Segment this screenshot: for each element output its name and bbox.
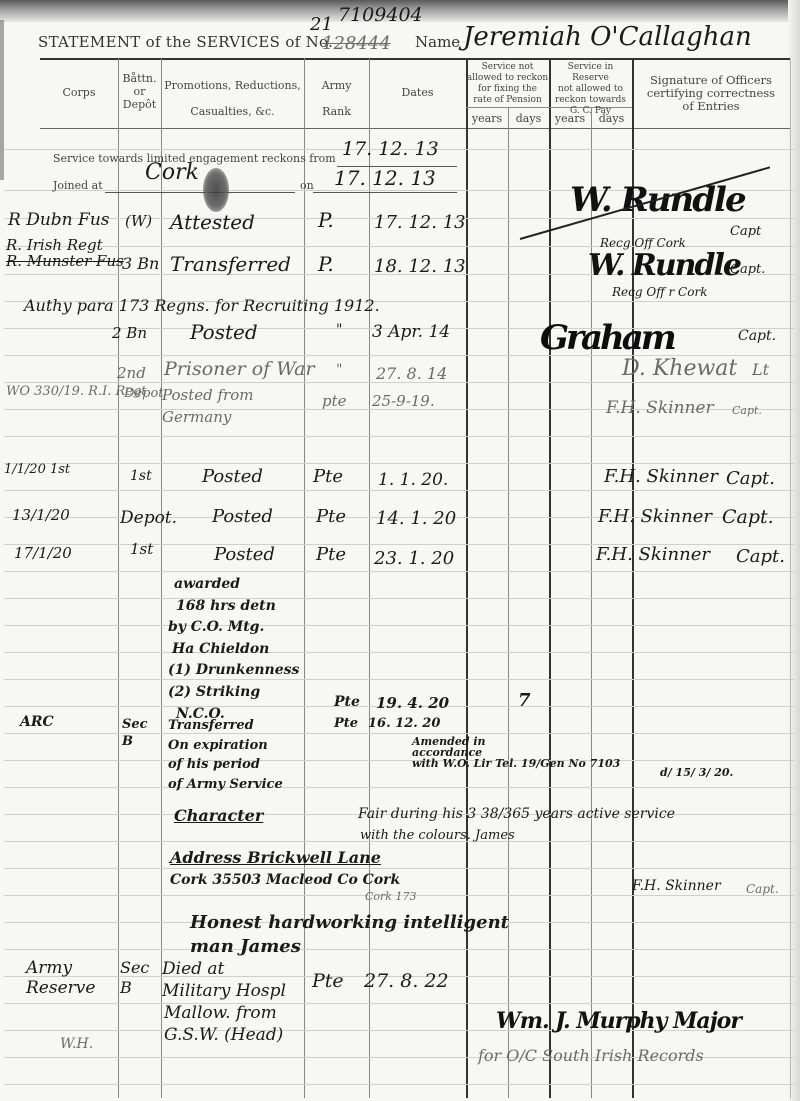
address-sub: Cork 173	[365, 890, 416, 903]
header-battn-line: Depôt	[118, 98, 161, 111]
header-rank-line: Rank	[304, 99, 369, 125]
ink-thumbprint	[203, 168, 229, 212]
entry-battn: Sec B	[122, 716, 156, 750]
ruled-line	[4, 571, 794, 572]
header-promotions: Promotions, Reductions, Casualties, &c.	[161, 73, 304, 125]
entry-battn: Depot.	[120, 508, 177, 528]
entry-battn: (W)	[125, 212, 152, 230]
entry-date: 16. 12. 20	[368, 716, 440, 731]
entry-battn: 3 Bn	[122, 254, 159, 273]
ruled-line	[4, 1084, 794, 1085]
header-army-rank: Army Rank	[304, 73, 369, 125]
officer-signature: F.H. Skinner	[596, 544, 710, 565]
officer-title: for O/C South Irish Records	[478, 1046, 704, 1065]
entry-date: 19. 4. 20	[376, 694, 449, 712]
header-pension-days: days	[508, 112, 549, 125]
entry-battn: Depot	[124, 386, 164, 401]
authority-note: Authy para 173 Regns. for Recruiting 191…	[24, 296, 380, 315]
entry-corps-struck: R. Munster Fus	[6, 252, 124, 270]
officer-title: Capt.	[732, 404, 762, 417]
entry-event-line: Transferred	[168, 716, 283, 736]
officer-title: Capt.	[746, 882, 779, 896]
entry-corps: R Dubn Fus	[8, 210, 110, 230]
entry-date: 27. 8. 22	[364, 970, 449, 992]
ruled-line	[4, 679, 794, 680]
officer-title: Capt.	[738, 328, 776, 344]
header-pension-years: years	[466, 112, 508, 125]
header-promotions-line: Casualties, &c.	[161, 99, 304, 125]
entry-battn: 2 Bn	[112, 324, 147, 342]
entry-event-line: of Army Service	[168, 775, 283, 795]
header-promotions-line: Promotions, Reductions,	[161, 73, 304, 99]
header-bottom-rule	[40, 128, 790, 129]
header-reserve-line: not allowed to	[549, 84, 632, 95]
entry-date: 1. 1. 20.	[378, 470, 448, 490]
joined-on-label: on	[300, 179, 314, 192]
header-pension-line: allowed to reckon	[466, 73, 549, 84]
entry-event-line: (1) Drunkenness	[168, 660, 299, 682]
name-label: Name	[415, 33, 460, 51]
entry-event: Attested	[170, 210, 255, 234]
entry-event: Prisoner of War	[164, 358, 315, 380]
header-corps: Corps	[40, 86, 118, 99]
entry-corps: 17/1/20	[14, 544, 72, 562]
entry-rank: Pte	[316, 544, 346, 565]
entry-event-line: by C.O. Mtg.	[168, 617, 299, 639]
entry-date: 17. 12. 13	[374, 212, 466, 233]
entry-date: 18. 12. 13	[374, 256, 466, 277]
header-pension-line: rate of Pension	[466, 95, 549, 106]
joined-place: Cork	[145, 160, 199, 185]
ruled-line	[4, 760, 794, 761]
remark-line: Honest hardworking intelligent	[190, 912, 509, 933]
entry-date: 27. 8. 14	[376, 364, 447, 383]
entry-event-line: Died at	[162, 958, 286, 980]
remark-line: man James	[190, 936, 301, 957]
amendment-note-line: with W.O. Lir Tel. 19/Gen No 7103	[412, 758, 620, 769]
entry-event-line: awarded	[174, 574, 299, 596]
header-battn: Båttn. or Depôt	[118, 72, 161, 111]
service-number-new: 7109404	[338, 4, 423, 26]
officer-note: Recg Off r Cork	[612, 285, 707, 299]
entry-date: 3 Apr. 14	[372, 322, 450, 342]
entry-event-line: (2) Striking	[168, 682, 299, 704]
entry-event-line: On expiration	[168, 736, 283, 756]
officer-signature: F.H. Skinner	[604, 466, 718, 487]
entry-event: Transferred	[170, 252, 291, 276]
character-remark: with the colours. James	[360, 828, 515, 843]
entry-corps: 1/1/20 1st	[4, 462, 70, 477]
officer-title: Capt	[730, 224, 761, 239]
entry-corps: ARC	[20, 714, 54, 730]
header-dates: Dates	[369, 86, 466, 99]
header-rank-line: Army	[304, 73, 369, 99]
officer-signature: F.H. Skinner	[598, 506, 712, 527]
entry-rank: "	[336, 362, 342, 378]
header-reserve-years: years	[549, 112, 591, 125]
header-reserve: Service in Reserve not allowed to reckon…	[549, 62, 632, 117]
entry-rank: Pte	[312, 970, 344, 992]
joined-date: 17. 12. 13	[334, 166, 436, 190]
col-divider-promotions	[304, 58, 305, 1098]
header-pension: Service not allowed to reckon for fixing…	[466, 62, 549, 106]
character-label: Character	[174, 806, 263, 825]
entry-battn: 1st	[130, 468, 152, 484]
service-reckons-date: 17. 12. 13	[342, 138, 439, 160]
ruled-line	[4, 787, 794, 788]
entry-rank: Pte	[316, 506, 346, 527]
col-divider-corps	[118, 58, 119, 1098]
service-number-prefix: 21	[310, 14, 333, 35]
ruled-line	[4, 949, 794, 950]
col-divider-rank	[369, 58, 370, 1098]
entry-corps: 13/1/20	[12, 506, 70, 524]
officer-title: Capt.	[726, 468, 775, 489]
officer-signature: F.H. Skinner	[606, 398, 714, 418]
ruled-line	[4, 868, 794, 869]
amendment-ref: d/ 15/ 3/ 20.	[660, 766, 733, 779]
entry-event: Posted	[190, 320, 258, 344]
pension-days-value: 7	[518, 690, 531, 711]
ruled-line	[4, 490, 794, 491]
entry-event-line: Ha Chieldon	[172, 639, 299, 661]
entry-event: Posted	[212, 506, 273, 527]
ruled-line	[4, 625, 794, 626]
entry-event-line: G.S.W. (Head)	[164, 1024, 286, 1046]
entry-rank: pte	[322, 392, 347, 410]
col-divider-pension-days	[549, 58, 551, 1098]
header-reserve-days: days	[591, 112, 632, 125]
officer-signature: F.H. Skinner	[632, 878, 721, 894]
header-reserve-line: reckon towards	[549, 95, 632, 106]
header-battn-line: Båttn.	[118, 72, 161, 85]
initials: W.H.	[60, 1036, 93, 1052]
officer-title: Lt	[752, 360, 769, 379]
ruled-line	[4, 463, 794, 464]
header-pension-line: Service not	[466, 62, 549, 73]
soldier-name: Jeremiah O'Callaghan	[463, 22, 752, 52]
entry-event-line: 168 hrs detn	[176, 596, 299, 618]
entry-date: 25-9-19.	[372, 392, 435, 410]
entry-corps: Army Reserve	[26, 958, 106, 998]
amendment-note: Amended in accordance with W.O. Lir Tel.…	[412, 736, 620, 769]
col-divider-dates	[466, 58, 468, 1098]
entry-battn: 1st	[130, 540, 153, 558]
joined-place-underline	[105, 192, 295, 193]
entry-event-lines: Died at Military Hospl Mallow. from G.S.…	[162, 958, 286, 1046]
entry-date: 23. 1. 20	[374, 548, 454, 569]
ruled-line	[4, 598, 794, 599]
document-title: STATEMENT of the SERVICES of No.	[38, 33, 333, 51]
col-divider-battn	[161, 58, 162, 1098]
entry-rank: Pte	[313, 466, 343, 487]
entry-rank: Pte	[334, 716, 358, 731]
officer-signature: Wm. J. Murphy Major	[496, 1008, 741, 1034]
officer-title: Capt.	[736, 546, 785, 567]
ruled-line	[4, 652, 794, 653]
entry-rank: Pte	[334, 694, 360, 710]
entry-battn: Sec B	[120, 958, 160, 998]
entry-event-line: Mallow. from	[164, 1002, 286, 1024]
address-line: Cork 35503 Macleod Co Cork	[170, 872, 400, 888]
header-top-rule	[40, 58, 790, 60]
entry-rank: "	[336, 322, 342, 338]
address-line: Address Brickwell Lane	[170, 848, 381, 867]
col-divider-right-edge	[790, 58, 791, 1098]
entry-date: 14. 1. 20	[376, 508, 456, 529]
entry-event: Posted	[214, 544, 275, 565]
entry-rank: P.	[318, 252, 334, 276]
header-signature-line: of Entries	[632, 100, 790, 113]
service-number-original: 128444	[322, 33, 391, 54]
officer-signature: D. Khewat	[622, 356, 737, 381]
joined-at-label: Joined at	[53, 179, 103, 192]
header-signature: Signature of Officers certifying correct…	[632, 74, 790, 113]
scan-shadow-left	[0, 20, 4, 180]
entry-event-line: Military Hospl	[162, 980, 286, 1002]
ruled-line	[4, 1003, 794, 1004]
entry-event-lines: Transferred On expiration of his period …	[168, 716, 283, 794]
officer-title: Capt.	[730, 262, 765, 277]
officer-signature: W. Rundle	[588, 248, 740, 283]
officer-title: Capt.	[722, 506, 774, 528]
entry-event: Posted	[202, 466, 263, 487]
header-reserve-line: Service in Reserve	[549, 62, 632, 84]
joined-date-underline	[313, 192, 457, 193]
header-pension-line: for fixing the	[466, 84, 549, 95]
entry-battn: 2nd	[117, 364, 146, 382]
header-battn-line: or	[118, 85, 161, 98]
service-record-page: STATEMENT of the SERVICES of No. 21 7109…	[0, 0, 800, 1101]
ruled-line	[4, 436, 794, 437]
entry-rank: P.	[318, 208, 334, 232]
officer-signature: Graham	[540, 318, 674, 358]
character-remark: Fair during his 3 38/365 years active se…	[358, 806, 675, 822]
entry-event-line: of his period	[168, 755, 283, 775]
entry-event-lines: awarded 168 hrs detn by C.O. Mtg. Ha Chi…	[168, 574, 299, 725]
entry-event: Posted from Germany	[162, 384, 282, 428]
